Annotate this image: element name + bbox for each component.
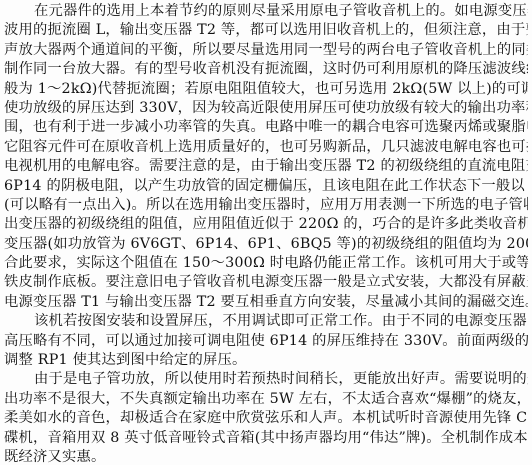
text-line: 围，也有利于进一步减小功率管的失真。电路中唯一的耦合电容可选聚丙烯或聚脂电容。其 <box>4 118 528 137</box>
text-line: 出变压器的初级绕组的阻值，应用阻值近似于 220Ω 的，巧合的是许多此类收音机使… <box>4 215 528 234</box>
text-line: 电视机用的电解电容。需要注意的是，由于输出变压器 T2 的初级绕组的直流电阻充当… <box>4 157 528 176</box>
text-line: 铁皮制作底板。要注意旧电子管收音机电源变压器一般是立式安装，大都没有屏蔽盖，所以 <box>4 273 528 292</box>
text-line: 般为 1～2kΩ)代替扼流圈；若原电阻阻值较大，也可另选用 2kΩ(5W 以上)… <box>4 80 528 99</box>
text-line: 6P14 的阴极电阻，以产生功放管的固定栅偏压，且该电阻在此工作状态下一般以 2… <box>4 177 528 196</box>
paragraph-adjustment: 该机若按图安装和设置屏压，不用调试即可正常工作。由于不同的电源变压器，其次级 高… <box>4 312 528 370</box>
text-line: (可以略有一点出入)。所以在选用输出变压器时，应用万用表测一下所选的电子管收音机… <box>4 196 528 215</box>
text-line: 合此要求，实际这个阻值在 150～300Ω 时电路仍能正常工作。该机可用大于或等… <box>4 254 528 273</box>
text-line: 变压器(如功放管为 6V6GT、6P14、6P1、6BQ5 等)的初级绕组的阻值… <box>4 235 528 254</box>
text-line: 使功放级的屏压达到 330V，因为较高近限使用屏压可使功放级有较大的输出功率和动… <box>4 99 528 118</box>
text-line: 声放大器两个通道间的平衡，所以要尽量选用同一型号的两台电子管收音机上的同类元件去 <box>4 41 528 60</box>
text-line: 柔美如水的音色，却极适合在家庭中欣赏弦乐和人声。本机试听时音源使用先锋 CLD-… <box>4 409 528 428</box>
text-line: 碟机，音箱用双 8 英寸低音哑铃式音箱(其中扬声器均用“伟达”牌)。全机制作成本… <box>4 429 528 448</box>
text-line: 在元器件的选用上本着节约的原则尽量采用原电子管收音机上的。如电源变压器 T1 滤 <box>4 2 528 21</box>
text-line: 调整 RP1 使其达到图中给定的屏压。 <box>4 351 528 370</box>
text-line: 高压略有不同，可以通过加接可调电阻使 6P14 的屏压维持在 330V。前面两级… <box>4 332 528 351</box>
paragraph-listening: 由于是电子管功放，所以使用时若预热时间稍长，更能放出好声。需要说明的是该机输 出… <box>4 370 528 465</box>
text-line: 由于是电子管功放，所以使用时若预热时间稍长，更能放出好声。需要说明的是该机输 <box>4 370 528 389</box>
text-line: 出功率不是很大，不失真额定输出功率在 5W 左右，不太适合喜欢“爆棚”的烧友，但… <box>4 390 528 409</box>
text-line: 电源变压器 T1 与输出变压器 T2 要互相垂直方向安装，尽量减小其间的漏磁交连… <box>4 293 528 312</box>
document-page: 在元器件的选用上本着节约的原则尽量采用原电子管收音机上的。如电源变压器 T1 滤… <box>0 0 532 465</box>
paragraph-components: 在元器件的选用上本着节约的原则尽量采用原电子管收音机上的。如电源变压器 T1 滤… <box>4 2 528 312</box>
text-line: 制作同一台放大器。有的型号收音机没有扼流圈，这时仍可利用原机的降压滤波线绕电阻(… <box>4 60 528 79</box>
text-line: 波用的扼流圈 L，输出变压器 T2 等，都可以选用旧收音机上的，但须注意，由于要… <box>4 21 528 40</box>
text-line: 既经济又实惠。 <box>4 448 528 465</box>
text-line: 该机若按图安装和设置屏压，不用调试即可正常工作。由于不同的电源变压器，其次级 <box>4 312 528 331</box>
text-line: 它阻容元件可在原收音机上选用质量好的，也可另购新品，几只滤波电解电容也可换用彩色 <box>4 138 528 157</box>
